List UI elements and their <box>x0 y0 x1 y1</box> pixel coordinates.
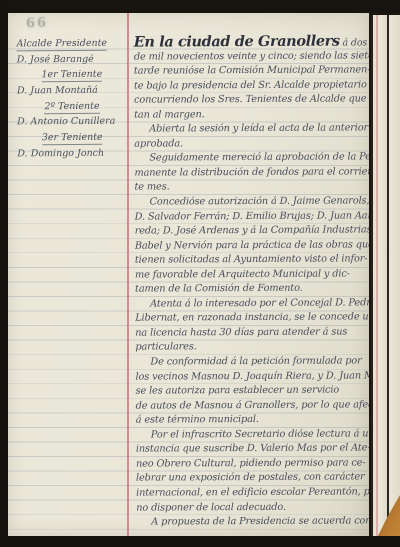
manuscript-line: neo Obrero Cultural, pidiendo permiso pa… <box>136 456 369 472</box>
opening-heading: En la ciudad de Granollers <box>134 33 340 51</box>
manuscript-line: lebrar una exposición de postales, con c… <box>136 471 369 487</box>
manuscript-line: tamen de la Comisión de Fomento. <box>135 282 368 298</box>
body-lines: de mil novecientos veinte y cinco; siend… <box>134 49 369 530</box>
manuscript-line: internacional, en el edificio escolar Pe… <box>136 485 369 501</box>
manuscript-line: no disponer de local adecuado. <box>136 500 369 516</box>
manuscript-line: te bajo la presidencia del Sr. Alcalde p… <box>134 78 367 94</box>
next-page-margin-rule <box>376 15 378 536</box>
manuscript-line: me favorable del Arquitecto Municipal y … <box>135 267 368 283</box>
manuscript-line: tienen solicitadas al Ayuntamiento visto… <box>135 253 368 269</box>
manuscript-line: reda; D. José Ardenas y á la Compañía In… <box>135 224 368 240</box>
margin-entry: 1er Teniente <box>17 67 127 83</box>
margin-entry: D. José Barangé <box>17 51 127 67</box>
manuscript-line: de mil novecientos veinte y cinco; siend… <box>134 49 367 65</box>
photo-border-top <box>0 0 400 13</box>
manuscript-line: D. Salvador Ferrán; D. Emilio Brujas; D.… <box>135 209 368 225</box>
manuscript-line: Seguidamente mereció la aprobación de la… <box>134 151 367 167</box>
manuscript-line: manente la distribución de fondos para e… <box>134 165 367 181</box>
margin-list: Alcalde PresidenteD. José Barangé1er Ten… <box>17 36 128 162</box>
margin-entry: D. Antonio Cunillera <box>17 114 127 130</box>
manuscript-page: 66 Alcalde PresidenteD. José Barangé1er … <box>8 13 369 536</box>
manuscript-line: á este término municipal. <box>136 413 369 429</box>
manuscript-line: Concedióse autorización á D. Jaime Genar… <box>135 194 368 210</box>
manuscript-line: De conformidad á la petición formulada p… <box>135 354 368 370</box>
manuscript-line: aprobada. <box>134 136 367 152</box>
outer-page-edge <box>389 15 400 527</box>
manuscript-line: particulares. <box>135 340 368 356</box>
photo-border-bottom <box>0 536 400 547</box>
manuscript-line: los vecinos Masnou D. Joaquín Riera, y D… <box>135 369 368 385</box>
opening-line: En la ciudad de Granollers á dos de Juli… <box>134 34 367 50</box>
manuscript-line: A propuesta de la Presidencia se acuerda… <box>136 514 369 530</box>
next-page-edge <box>371 15 389 536</box>
manuscript-line: de autos de Masnou á Granollers, por lo … <box>136 398 369 414</box>
manuscript-line: na licencia hasta 30 días para atender á… <box>135 325 368 341</box>
margin-entry: 2º Teniente <box>17 98 127 114</box>
page-number-stamp: 66 <box>26 16 49 32</box>
manuscript-line: se les autoriza para establecer un servi… <box>136 384 369 400</box>
manuscript-line: tan al margen. <box>134 107 367 123</box>
manuscript-line: Libernat, en razonada instancia, se le c… <box>135 311 368 327</box>
manuscript-line: tarde reunióse la Comisión Municipal Per… <box>134 63 367 79</box>
manuscript-line: Babel y Nervión para la práctica de las … <box>135 238 368 254</box>
margin-entry: Alcalde Presidente <box>17 36 127 52</box>
manuscript-line: Por el infrascrito Secretario dióse lect… <box>136 427 369 443</box>
manuscript-line: concurriendo los Sres. Tenientes de Alca… <box>134 93 367 109</box>
manuscript-line: Atenta á lo interesado por el Concejal D… <box>135 296 368 312</box>
margin-rule-line <box>127 13 129 536</box>
manuscript-line: instancia que suscribe D. Valerio Mas po… <box>136 442 369 458</box>
manuscript-body: En la ciudad de Granollers á dos de Juli… <box>134 34 369 530</box>
margin-entry: 3er Teniente <box>17 130 127 146</box>
margin-entry: D. Domingo Jonch <box>17 145 127 161</box>
manuscript-line: te mes. <box>134 180 367 196</box>
opening-heading-suffix: á dos de Julio <box>340 37 369 48</box>
manuscript-line: Abierta la sesión y leída el acta de la … <box>134 122 367 138</box>
photo-border-left <box>0 0 8 547</box>
scanned-manuscript-photo: 66 Alcalde PresidenteD. José Barangé1er … <box>0 0 400 547</box>
margin-entry: D. Juan Montañá <box>17 83 127 99</box>
